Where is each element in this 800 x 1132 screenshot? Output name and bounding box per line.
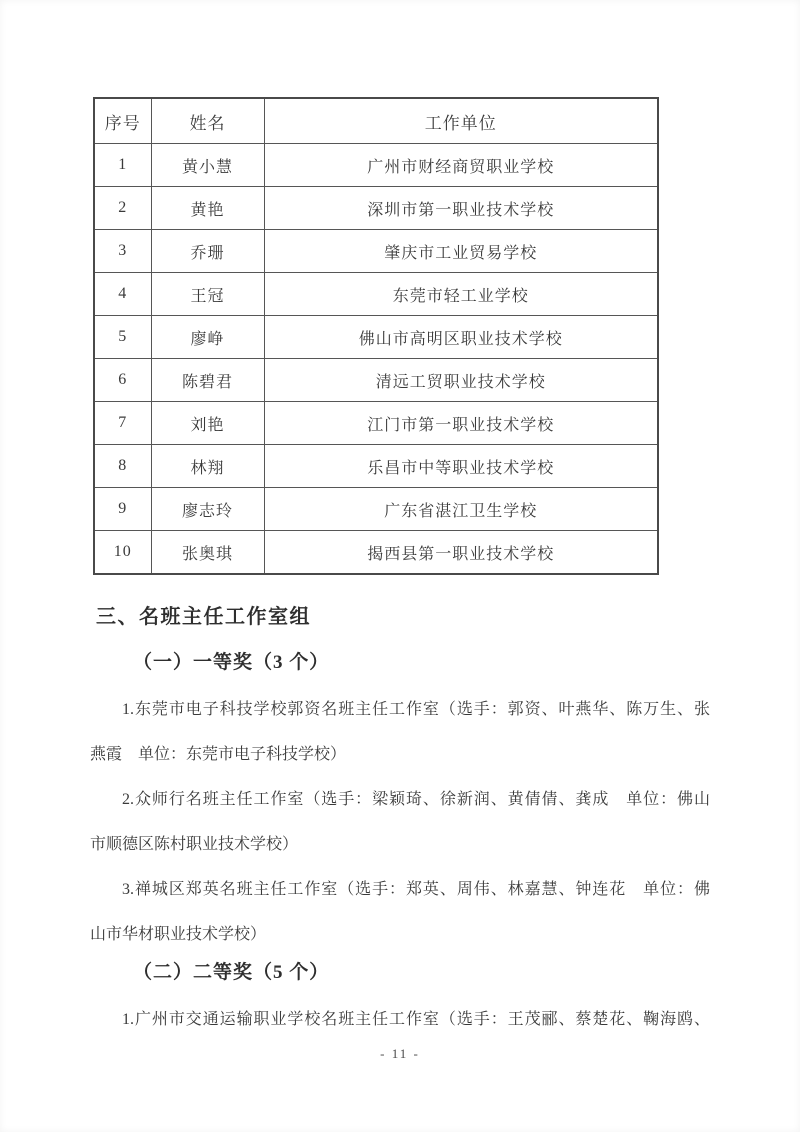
paragraph-line: 1.东莞市电子科技学校郭资名班主任工作室（选手：郭资、叶燕华、陈万生、张 — [90, 687, 710, 732]
cell-name: 刘艳 — [151, 402, 264, 445]
table-row: 5廖峥佛山市高明区职业技术学校 — [94, 316, 658, 359]
table-row: 8林翔乐昌市中等职业技术学校 — [94, 445, 658, 488]
page-number: - 11 - — [0, 1044, 800, 1064]
cell-name: 廖志玲 — [151, 488, 264, 531]
cell-workunit: 东莞市轻工业学校 — [264, 273, 658, 316]
cell-name: 乔珊 — [151, 230, 264, 273]
paragraph-line: 3.禅城区郑英名班主任工作室（选手：郑英、周伟、林嘉慧、钟连花 单位：佛 — [90, 867, 710, 912]
cell-workunit: 清远工贸职业技术学校 — [264, 359, 658, 402]
table-row: 4王冠东莞市轻工业学校 — [94, 273, 658, 316]
cell-index: 8 — [94, 445, 151, 488]
table-row: 6陈碧君清远工贸职业技术学校 — [94, 359, 658, 402]
section-heading: 三、名班主任工作室组 — [96, 601, 710, 633]
subsections: （一）一等奖（3 个）1.东莞市电子科技学校郭资名班主任工作室（选手：郭资、叶燕… — [90, 647, 710, 1042]
table-row: 3乔珊肇庆市工业贸易学校 — [94, 230, 658, 273]
cell-name: 陈碧君 — [151, 359, 264, 402]
paragraph: 1.东莞市电子科技学校郭资名班主任工作室（选手：郭资、叶燕华、陈万生、张燕霞 单… — [90, 687, 710, 777]
table-header-row: 序号 姓名 工作单位 — [94, 98, 658, 144]
cell-index: 6 — [94, 359, 151, 402]
cell-workunit: 肇庆市工业贸易学校 — [264, 230, 658, 273]
column-header-name: 姓名 — [151, 98, 264, 144]
paragraph: 2.众师行名班主任工作室（选手：梁颖琦、徐新润、黄倩倩、龚成 单位：佛山市顺德区… — [90, 777, 710, 867]
column-header-workunit: 工作单位 — [264, 98, 658, 144]
cell-workunit: 广州市财经商贸职业学校 — [264, 144, 658, 187]
paragraph: 1.广州市交通运输职业学校名班主任工作室（选手：王茂郦、蔡楚花、鞠海鸥、 — [90, 997, 710, 1042]
cell-workunit: 江门市第一职业技术学校 — [264, 402, 658, 445]
column-header-index: 序号 — [94, 98, 151, 144]
awards-table: 序号 姓名 工作单位 1黄小慧广州市财经商贸职业学校2黄艳深圳市第一职业技术学校… — [93, 97, 659, 575]
paragraph-line: 1.广州市交通运输职业学校名班主任工作室（选手：王茂郦、蔡楚花、鞠海鸥、 — [90, 997, 710, 1042]
document-page: 序号 姓名 工作单位 1黄小慧广州市财经商贸职业学校2黄艳深圳市第一职业技术学校… — [0, 0, 800, 1132]
table-row: 9廖志玲广东省湛江卫生学校 — [94, 488, 658, 531]
paragraph-line: 2.众师行名班主任工作室（选手：梁颖琦、徐新润、黄倩倩、龚成 单位：佛山 — [90, 777, 710, 822]
cell-name: 黄小慧 — [151, 144, 264, 187]
cell-index: 3 — [94, 230, 151, 273]
cell-index: 9 — [94, 488, 151, 531]
cell-workunit: 深圳市第一职业技术学校 — [264, 187, 658, 230]
cell-name: 廖峥 — [151, 316, 264, 359]
paragraph-line: 燕霞 单位：东莞市电子科技学校） — [90, 732, 710, 777]
cell-name: 林翔 — [151, 445, 264, 488]
cell-index: 7 — [94, 402, 151, 445]
cell-workunit: 广东省湛江卫生学校 — [264, 488, 658, 531]
cell-name: 王冠 — [151, 273, 264, 316]
paragraph-line: 市顺德区陈村职业技术学校） — [90, 822, 710, 867]
cell-workunit: 佛山市高明区职业技术学校 — [264, 316, 658, 359]
table-row: 1黄小慧广州市财经商贸职业学校 — [94, 144, 658, 187]
paragraph-line: 山市华材职业技术学校） — [90, 912, 710, 957]
cell-workunit: 乐昌市中等职业技术学校 — [264, 445, 658, 488]
cell-index: 2 — [94, 187, 151, 230]
subsection-heading: （一）一等奖（3 个） — [133, 647, 710, 679]
cell-index: 10 — [94, 531, 151, 575]
table-row: 2黄艳深圳市第一职业技术学校 — [94, 187, 658, 230]
subsection-heading: （二）二等奖（5 个） — [133, 957, 710, 989]
cell-name: 黄艳 — [151, 187, 264, 230]
cell-index: 1 — [94, 144, 151, 187]
table-row: 7刘艳江门市第一职业技术学校 — [94, 402, 658, 445]
cell-workunit: 揭西县第一职业技术学校 — [264, 531, 658, 575]
awards-table-body: 1黄小慧广州市财经商贸职业学校2黄艳深圳市第一职业技术学校3乔珊肇庆市工业贸易学… — [94, 144, 658, 575]
cell-index: 5 — [94, 316, 151, 359]
table-row: 10张奥琪揭西县第一职业技术学校 — [94, 531, 658, 575]
paragraph: 3.禅城区郑英名班主任工作室（选手：郑英、周伟、林嘉慧、钟连花 单位：佛山市华材… — [90, 867, 710, 957]
cell-name: 张奥琪 — [151, 531, 264, 575]
cell-index: 4 — [94, 273, 151, 316]
